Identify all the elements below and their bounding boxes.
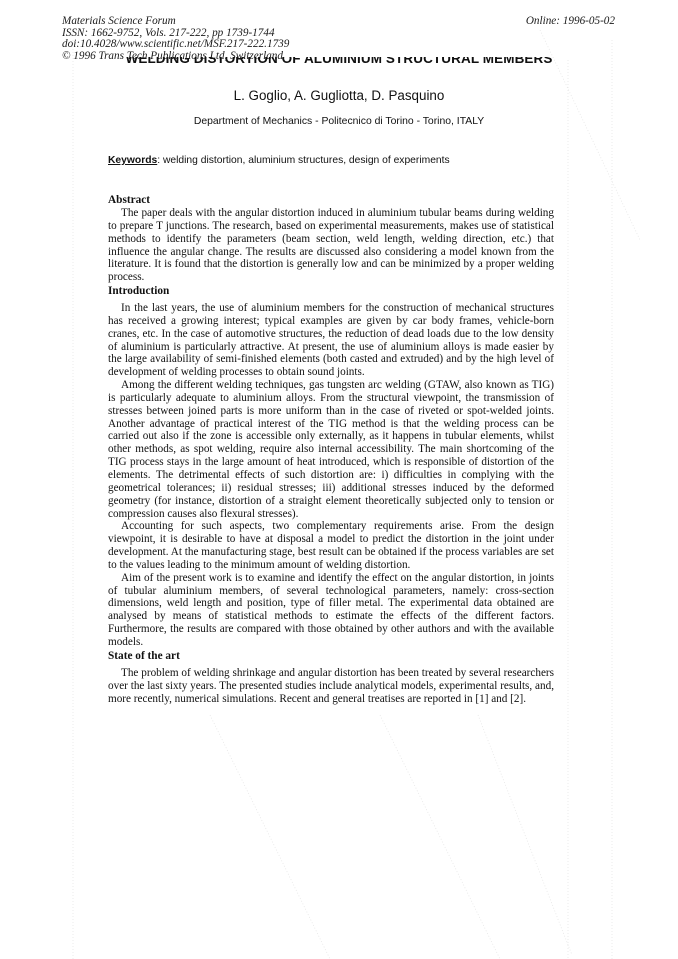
abstract-heading: Abstract [108,194,554,207]
abstract-paragraph: The paper deals with the angular distort… [108,207,554,284]
introduction-section: Introduction In the last years, the use … [108,285,554,649]
authors: L. Goglio, A. Gugliotta, D. Pasquino [0,88,678,104]
state-of-the-art-heading: State of the art [108,650,554,663]
abstract-section: Abstract The paper deals with the angula… [108,194,554,284]
journal-info: Materials Science Forum ISSN: 1662-9752,… [62,16,289,62]
paper-title: WELDING DISTORTION OF ALUMINIUM STRUCTUR… [0,57,678,69]
paper-title-text: WELDING DISTORTION OF ALUMINIUM STRUCTUR… [126,57,553,65]
introduction-paragraph: In the last years, the use of aluminium … [108,302,554,379]
introduction-paragraph: Aim of the present work is to examine an… [108,572,554,649]
journal-name: Materials Science Forum [62,16,289,28]
state-of-the-art-paragraph: The problem of welding shrinkage and ang… [108,667,554,706]
introduction-paragraph: Among the different welding techniques, … [108,379,554,520]
state-of-the-art-section: State of the art The problem of welding … [108,650,554,706]
introduction-paragraph: Accounting for such aspects, two complem… [108,520,554,571]
keywords-label: Keywords [108,155,157,166]
online-date: Online: 1996-05-02 [526,16,615,28]
keywords: Keywords: welding distortion, aluminium … [108,154,450,167]
affiliation: Department of Mechanics - Politecnico di… [0,115,678,128]
keywords-text: : welding distortion, aluminium structur… [157,155,449,166]
introduction-heading: Introduction [108,285,554,298]
